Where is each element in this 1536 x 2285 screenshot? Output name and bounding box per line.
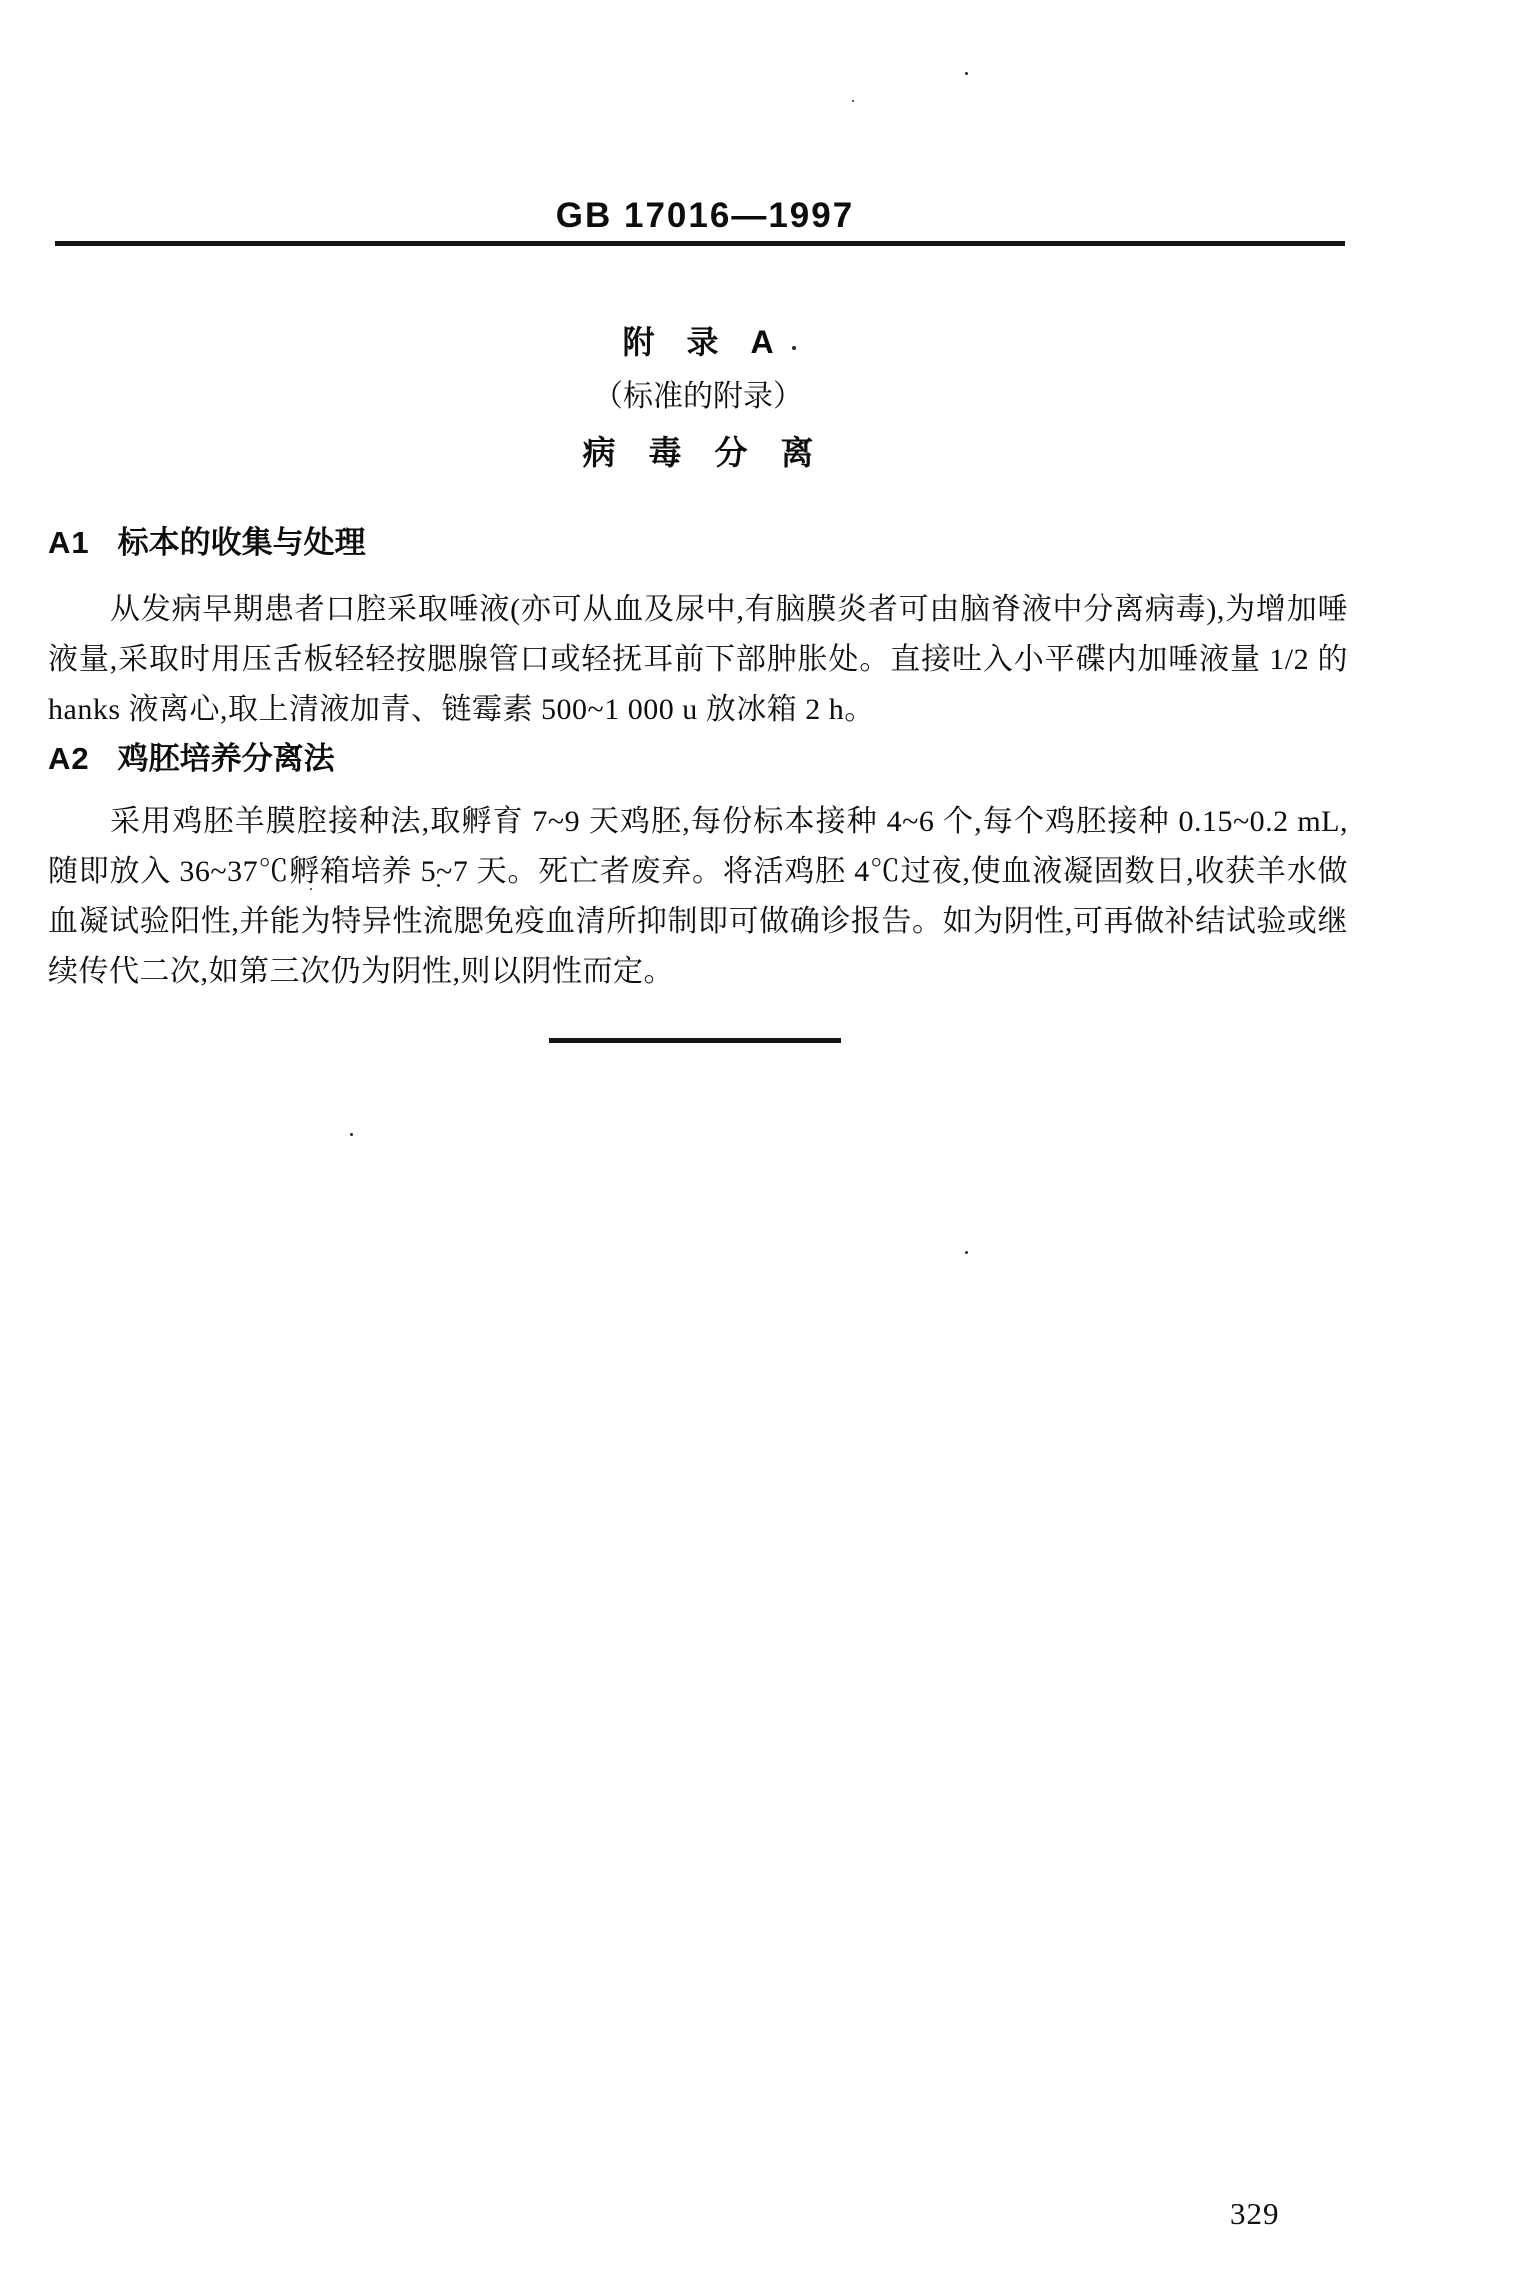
- scan-speck: [792, 346, 796, 350]
- page-number: 329: [1230, 2196, 1280, 2232]
- document-page: GB 17016—1997 附 录 A （标准的附录） 病 毒 分 离 A1标本…: [0, 0, 1536, 2285]
- scan-speck: [350, 1133, 353, 1136]
- appendix-heading: 病 毒 分 离: [48, 436, 1348, 469]
- section-title: 鸡胚培养分离法: [118, 741, 335, 776]
- appendix-title: 附 录 A: [48, 326, 1348, 358]
- section-number: A1: [48, 525, 90, 560]
- section-heading-a2: A2鸡胚培养分离法: [48, 742, 1348, 776]
- section-heading-a1: A1标本的收集与处理: [48, 526, 1348, 560]
- section-number: A2: [48, 741, 90, 776]
- standard-code-header: GB 17016—1997: [48, 196, 1362, 236]
- section-a1-paragraph: 从发病早期患者口腔采取唾液(亦可从血及尿中,有脑膜炎者可由脑脊液中分离病毒),为…: [48, 585, 1348, 735]
- scan-speck: [965, 1251, 968, 1254]
- section-a2-paragraph: 采用鸡胚羊膜腔接种法,取孵育 7~9 天鸡胚,每份标本接种 4~6 个,每个鸡胚…: [48, 797, 1348, 997]
- section-title: 标本的收集与处理: [118, 525, 366, 560]
- end-of-text-divider: [549, 1038, 841, 1043]
- scan-speck: [965, 72, 968, 75]
- appendix-subtitle: （标准的附录）: [48, 382, 1348, 412]
- scan-speck: [437, 884, 440, 887]
- scan-speck: [852, 100, 854, 102]
- scan-speck: [310, 888, 312, 890]
- header-rule: [55, 241, 1345, 246]
